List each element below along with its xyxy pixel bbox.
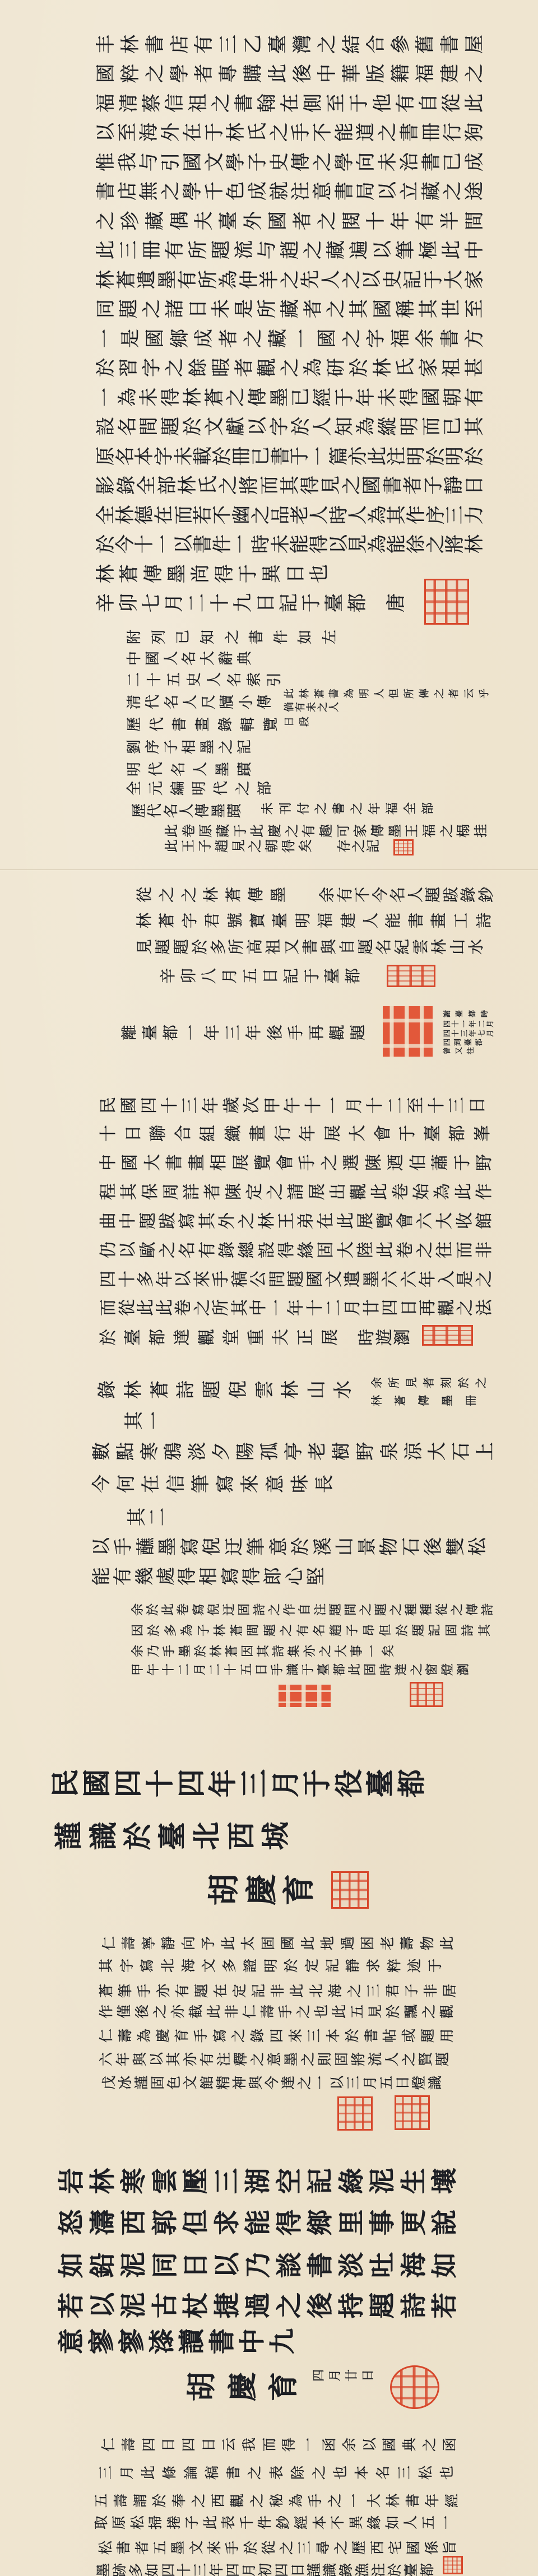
preface-line: 一為未得林蒼之傳墨已經于年未得國朝有 xyxy=(96,388,484,407)
glyph: 德 xyxy=(135,505,154,524)
glyph: 書 xyxy=(406,2494,420,2508)
glyph: 五 xyxy=(350,2005,364,2019)
glyph: 號 xyxy=(228,913,243,928)
glyph: 表 xyxy=(221,2515,235,2529)
glyph: 名 xyxy=(182,651,197,666)
glyph: 識 xyxy=(323,2563,337,2576)
glyph: 者 xyxy=(194,64,214,83)
glyph: 不 xyxy=(331,2515,345,2529)
glyph: 間 xyxy=(345,1603,358,1616)
glyph: 寥 xyxy=(119,2328,145,2354)
glyph: 日 xyxy=(465,476,484,495)
glyph: 入 xyxy=(439,1271,456,1287)
glyph: 是 xyxy=(457,1271,474,1287)
booklist-remark: 此王子趙見之朝得矣 xyxy=(165,839,312,853)
glyph: 都 xyxy=(449,1125,466,1142)
glyph: 月 xyxy=(487,1030,494,1037)
glyph: 於 xyxy=(386,2005,400,2019)
glyph: 日 xyxy=(363,2369,375,2382)
glyph: 漁 xyxy=(355,2563,369,2576)
glyph: 謹 xyxy=(307,2563,321,2576)
glyph: 一 xyxy=(310,447,329,466)
glyph: 典 xyxy=(402,2438,416,2452)
glyph: 年 xyxy=(203,1097,220,1114)
glyph: 中 xyxy=(251,1299,267,1316)
glyph: 卯 xyxy=(119,593,138,612)
glyph: 代 xyxy=(149,762,164,776)
glyph: 定 xyxy=(305,1959,319,1973)
glyph: 如 xyxy=(432,2252,457,2278)
glyph: 其 xyxy=(281,476,300,495)
glyph: 輯 xyxy=(241,717,256,732)
glyph: 甲 xyxy=(265,1097,281,1114)
glyph: 尚 xyxy=(191,564,210,583)
glyph: 亦 xyxy=(156,1984,170,1998)
glyph: 於 xyxy=(350,358,369,377)
glyph: 名 xyxy=(179,1241,196,1258)
colophon-signature: 時遊瀏 xyxy=(359,1329,411,1346)
glyph: 部 xyxy=(258,781,272,796)
glyph: 三 xyxy=(446,505,465,524)
glyph: 一 xyxy=(326,1097,343,1114)
glyph: 手 xyxy=(137,1984,151,1998)
glyph: 辛 xyxy=(96,593,115,612)
glyph: 往 xyxy=(437,1241,453,1258)
glyph: 傳 xyxy=(291,152,310,171)
glyph: 月 xyxy=(120,2466,134,2480)
glyph: 太 xyxy=(241,1936,255,1950)
glyph: 其 xyxy=(350,299,369,318)
glyph: 習 xyxy=(119,358,138,377)
glyph: 子 xyxy=(198,839,212,853)
glyph: 能 xyxy=(92,1567,110,1585)
colophon-line: 林蒼字君號寶臺明福建人能書畫工詩 xyxy=(137,913,492,928)
glyph: 會 xyxy=(375,1125,392,1142)
glyph: 奉 xyxy=(172,2494,186,2508)
glyph: 蒼 xyxy=(117,270,136,289)
glyph: 而 xyxy=(260,476,279,495)
glyph: 以 xyxy=(174,534,193,554)
glyph: 名 xyxy=(376,2466,390,2480)
glyph: 杖 xyxy=(183,2293,208,2318)
glyph: 一 xyxy=(155,534,174,554)
preface-line: 於今十一以書件一時未能得以見為能徐之將林 xyxy=(96,534,484,554)
glyph: 知 xyxy=(335,417,354,436)
glyph: 合 xyxy=(367,35,386,54)
glyph: 於 xyxy=(284,1959,298,1973)
glyph: 今 xyxy=(116,534,135,554)
glyph: 藏 xyxy=(281,299,300,318)
colophon-line: 作僅後之亦截此非仁壽手之也此五見於飄之觀 xyxy=(99,2005,454,2019)
glyph: 詳 xyxy=(184,1183,201,1200)
glyph: 卷 xyxy=(178,1603,190,1616)
glyph: 藏 xyxy=(327,240,346,259)
colophon-side-note: 四到臺都 xyxy=(444,1039,483,1046)
glyph: 後 xyxy=(267,1025,283,1040)
glyph: 三 xyxy=(367,1984,381,1998)
glyph: 刊 xyxy=(280,802,293,815)
glyph: 之 xyxy=(153,2005,167,2019)
glyph: 子 xyxy=(198,1624,211,1636)
glyph: 倪 xyxy=(202,1537,221,1556)
glyph: 寫 xyxy=(180,1537,199,1556)
glyph: 之 xyxy=(159,887,175,903)
glyph: 題 xyxy=(202,1380,221,1399)
glyph: 子 xyxy=(185,2515,199,2529)
glyph: 曲 xyxy=(100,1212,117,1229)
glyph: 初 xyxy=(258,2563,272,2576)
glyph: 者 xyxy=(219,329,238,348)
glyph: 之 xyxy=(322,1154,338,1171)
glyph: 人 xyxy=(183,695,198,709)
glyph: 書 xyxy=(330,689,340,699)
glyph: 堅 xyxy=(307,1567,325,1585)
glyph: 明 xyxy=(400,417,419,436)
glyph: 十 xyxy=(119,1271,136,1287)
glyph: 為 xyxy=(368,534,387,554)
glyph: 作 xyxy=(407,505,426,524)
glyph: 以 xyxy=(330,534,349,554)
glyph: 得 xyxy=(242,1567,261,1585)
glyph: 之 xyxy=(236,781,251,796)
glyph: 字 xyxy=(142,358,161,377)
glyph: 蒼 xyxy=(205,388,224,407)
glyph: 傳 xyxy=(258,695,272,709)
glyph: 冊 xyxy=(142,240,161,259)
glyph: 重 xyxy=(248,1329,265,1346)
glyph: 迹 xyxy=(407,1959,421,1973)
colophon-line: 程其保周詳者陳定之請展出觀此卷始為此作 xyxy=(100,1183,493,1200)
glyph: 蒼 xyxy=(226,1645,239,1657)
glyph: 三 xyxy=(219,35,238,54)
glyph: 泉 xyxy=(380,1442,398,1461)
glyph: 時 xyxy=(330,505,349,524)
glyph: 治 xyxy=(400,152,419,171)
glyph: 壽 xyxy=(400,1936,414,1950)
glyph: 是 xyxy=(235,299,254,318)
glyph: 墨 xyxy=(271,887,286,903)
glyph: 人 xyxy=(207,672,222,687)
glyph: 人 xyxy=(403,2515,418,2529)
glyph: 墨 xyxy=(201,740,215,754)
glyph: 注 xyxy=(372,2563,386,2576)
glyph: 書 xyxy=(193,534,212,554)
glyph: 之 xyxy=(327,299,346,318)
glyph: 泥 xyxy=(120,2293,146,2318)
poem-line: 能有幾處得相寫得郎心堅 xyxy=(92,1567,325,1585)
glyph: 以 xyxy=(90,2293,115,2318)
glyph: 寶 xyxy=(250,913,266,928)
glyph: 此 xyxy=(141,2466,155,2480)
glyph: 於 xyxy=(291,1537,309,1556)
glyph: 說 xyxy=(432,2210,457,2235)
glyph: 之 xyxy=(212,94,231,113)
glyph: 之 xyxy=(239,1212,256,1229)
glyph: 之 xyxy=(231,2029,245,2043)
glyph: 之 xyxy=(440,824,453,838)
glyph: 臺 xyxy=(159,1822,187,1850)
glyph: 之 xyxy=(301,2052,315,2066)
glyph: 局 xyxy=(356,182,375,201)
glyph: 五 xyxy=(241,1663,253,1676)
glyph: 之 xyxy=(285,824,299,838)
glyph: 于 xyxy=(290,447,309,466)
glyph: 山 xyxy=(450,939,466,955)
glyph: 年 xyxy=(420,1271,437,1287)
glyph: 牘 xyxy=(220,695,235,709)
glyph: 六 xyxy=(417,1212,434,1229)
glyph: 而 xyxy=(100,1299,117,1316)
glyph: 小 xyxy=(239,695,254,709)
glyph: 二 xyxy=(388,1097,405,1114)
glyph: 倪 xyxy=(208,1603,221,1616)
glyph: 趙 xyxy=(281,240,300,259)
glyph: 墨 xyxy=(442,1395,453,1406)
glyph: 泥 xyxy=(120,2252,146,2278)
glyph: 戊 xyxy=(102,2076,116,2090)
glyph: 傳 xyxy=(371,824,384,838)
glyph: 四 xyxy=(178,1769,206,1797)
glyph: 題 xyxy=(161,417,180,436)
glyph: 寧 xyxy=(142,1936,156,1950)
glyph: 于 xyxy=(454,1154,471,1171)
glyph: 此 xyxy=(207,2005,221,2019)
glyph: 廿 xyxy=(346,2369,359,2382)
glyph: 流 xyxy=(368,2052,382,2066)
glyph: 國 xyxy=(83,1769,111,1797)
glyph: 予 xyxy=(201,1936,215,1950)
glyph: 錄 xyxy=(219,717,233,732)
glyph: 同 xyxy=(96,299,115,318)
colophon-line: 十日聯合組織畫行年展大會于臺都峯 xyxy=(100,1125,491,1142)
glyph: 識 xyxy=(90,1822,118,1850)
glyph: 題 xyxy=(194,1984,208,1998)
glyph: 典 xyxy=(238,651,252,666)
glyph: 林 xyxy=(96,564,115,583)
glyph: 大 xyxy=(145,1154,161,1171)
glyph: 年 xyxy=(369,802,382,815)
glyph: 四 xyxy=(161,2563,175,2576)
colophon-side-note: 四十一年二月 xyxy=(444,1020,494,1027)
glyph: 此 xyxy=(251,824,264,838)
glyph: 都 xyxy=(469,1010,476,1017)
glyph: 工 xyxy=(453,913,469,928)
glyph: 此 xyxy=(377,1241,394,1258)
glyph: 未 xyxy=(140,388,159,407)
glyph: 傳 xyxy=(248,887,264,903)
glyph: 尺 xyxy=(202,695,216,709)
glyph: 件 xyxy=(258,2515,272,2529)
poem-note-line: 甲午十二月二十五日手識于臺都此固時達之窗燈瀏 xyxy=(132,1663,470,1676)
glyph: 之 xyxy=(281,270,300,289)
glyph: 年 xyxy=(425,2494,439,2508)
glyph: 所 xyxy=(213,1299,230,1316)
glyph: 係 xyxy=(425,2541,439,2555)
preface-line: 於習字之餘暇者觀之為研於林氏家祖甚 xyxy=(96,358,484,377)
glyph: 也 xyxy=(333,2466,347,2480)
glyph: 固 xyxy=(446,1624,458,1636)
glyph: 僅 xyxy=(117,2005,131,2019)
booklist-item: 明代名人墨蹟 xyxy=(127,762,252,776)
glyph: 如 xyxy=(58,2252,84,2278)
glyph: 於 xyxy=(149,1624,161,1636)
glyph: 此 xyxy=(440,1936,454,1950)
glyph: 月 xyxy=(330,2369,342,2382)
glyph: 之 xyxy=(423,2438,437,2452)
glyph: 二 xyxy=(188,593,207,612)
glyph: 又 xyxy=(456,1047,463,1054)
glyph: 一 xyxy=(440,2515,454,2529)
glyph: 為 xyxy=(137,2029,151,2043)
glyph: 所 xyxy=(405,689,415,699)
glyph: 觀 xyxy=(440,2005,454,2019)
glyph: 但 xyxy=(389,689,400,699)
paper-seam xyxy=(0,869,538,870)
glyph: 記 xyxy=(284,968,299,984)
glyph: 四 xyxy=(444,1039,451,1046)
glyph: 之 xyxy=(312,2466,326,2480)
glyph: 之 xyxy=(378,123,397,142)
glyph: 成 xyxy=(465,152,484,171)
glyph: 之 xyxy=(316,802,328,815)
glyph: 流 xyxy=(235,240,254,259)
glyph: 件 xyxy=(213,534,232,554)
glyph: 于 xyxy=(234,824,247,838)
glyph: 詩 xyxy=(462,1624,475,1636)
glyph: 書 xyxy=(364,2029,378,2043)
glyph: 字 xyxy=(120,1959,134,1973)
glyph: 月 xyxy=(194,1663,207,1676)
glyph: 三 xyxy=(449,1097,466,1114)
glyph: 會 xyxy=(277,1154,294,1171)
glyph: 何 xyxy=(117,1475,135,1493)
glyph: 固 xyxy=(239,1603,251,1616)
glyph: 為 xyxy=(118,388,137,407)
glyph: 代 xyxy=(150,717,165,732)
glyph: 清 xyxy=(127,695,142,709)
glyph: 其 xyxy=(258,1645,270,1657)
glyph: 墨 xyxy=(216,762,230,776)
glyph: 傳 xyxy=(418,1395,429,1406)
colophon-line: 五壽謂於奉之西觀之秘為手之一大林書年經 xyxy=(94,2494,459,2508)
glyph: 辭 xyxy=(219,651,234,666)
glyph: 墨 xyxy=(158,1537,177,1556)
glyph: 於 xyxy=(465,447,484,466)
glyph: 所 xyxy=(189,240,208,259)
glyph: 除 xyxy=(291,2466,305,2480)
glyph: 謝 xyxy=(444,1010,451,1017)
glyph: 書 xyxy=(422,152,441,171)
glyph: 十 xyxy=(452,1020,460,1027)
glyph: 於 xyxy=(124,1822,152,1850)
glyph: 陳 xyxy=(366,1154,383,1171)
glyph: 此 xyxy=(465,94,484,113)
glyph: 原 xyxy=(199,824,212,838)
glyph: 段 xyxy=(300,717,310,727)
glyph: 亦 xyxy=(171,2005,185,2019)
glyph: 明 xyxy=(295,913,311,928)
glyph: 意 xyxy=(313,182,332,201)
glyph: 淡 xyxy=(338,2252,364,2278)
glyph: 色 xyxy=(167,2076,181,2090)
glyph: 四 xyxy=(275,2563,289,2576)
glyph: 也 xyxy=(310,564,329,583)
glyph: 書 xyxy=(271,447,290,466)
glyph: 已 xyxy=(443,152,462,171)
glyph: 所 xyxy=(388,1377,400,1388)
glyph: 得 xyxy=(276,2210,302,2235)
glyph: 字 xyxy=(367,329,386,348)
glyph: 窗 xyxy=(426,1663,439,1676)
glyph: 十 xyxy=(307,1299,324,1316)
glyph: 蔡 xyxy=(142,94,161,113)
glyph: 版 xyxy=(367,64,386,83)
glyph: 但 xyxy=(183,2210,208,2235)
preface-line: 一是國鄉成者之藏一國之字福余書方 xyxy=(96,329,484,348)
glyph: 曾 xyxy=(444,1047,451,1054)
glyph: 陸 xyxy=(358,1241,374,1258)
glyph: 有 xyxy=(113,1567,132,1585)
glyph: 松 xyxy=(131,2515,145,2529)
glyph: 役 xyxy=(335,1769,363,1797)
glyph: 孤 xyxy=(260,1442,279,1461)
glyph: 月 xyxy=(272,1769,300,1797)
glyph: 於 xyxy=(195,1645,207,1657)
glyph: 唐 xyxy=(387,593,406,612)
glyph: 極 xyxy=(419,240,438,259)
glyph: 此 xyxy=(338,1212,355,1229)
preface-date-line: 辛卯七月二十九日記于臺都 xyxy=(96,593,367,612)
glyph: 与 xyxy=(258,240,277,259)
glyph: 過 xyxy=(245,2293,271,2318)
glyph: 來 xyxy=(289,2029,303,2043)
glyph: 與 xyxy=(249,2076,263,2090)
glyph: 仁 xyxy=(99,2029,113,2043)
glyph: 雲 xyxy=(255,1380,273,1399)
glyph: 二 xyxy=(210,1663,222,1676)
glyph: 墨 xyxy=(270,388,289,407)
glyph: 十 xyxy=(147,672,162,687)
glyph: 日 xyxy=(189,299,208,318)
glyph: 諸 xyxy=(165,299,184,318)
glyph: 西 xyxy=(370,2541,384,2555)
glyph: 此 xyxy=(332,2005,346,2019)
seal-stamp xyxy=(393,839,414,855)
glyph: 二 xyxy=(148,1508,166,1526)
glyph: 題 xyxy=(330,1603,342,1616)
glyph: 我 xyxy=(242,2438,256,2452)
glyph: 得 xyxy=(161,388,180,407)
glyph: 本 xyxy=(326,2029,340,2043)
glyph: 向 xyxy=(182,1936,196,1950)
glyph: 墨 xyxy=(212,803,226,818)
glyph: 十 xyxy=(211,593,230,612)
glyph: 後 xyxy=(424,1537,442,1556)
glyph: 有 xyxy=(416,211,435,230)
glyph: 縱 xyxy=(378,417,397,436)
glyph: 來 xyxy=(240,1475,259,1493)
glyph: 篇 xyxy=(330,447,349,466)
glyph: 如 xyxy=(386,2515,400,2529)
glyph: 設 xyxy=(259,1241,276,1258)
glyph: 墨 xyxy=(168,564,187,583)
glyph: 題 xyxy=(212,240,231,259)
seal-stamp xyxy=(443,2556,463,2574)
seal-stamp xyxy=(424,579,469,625)
glyph: 外 xyxy=(219,1212,236,1229)
glyph: 之 xyxy=(226,388,245,407)
inscription-line: 民國四十四年三月于役臺都 xyxy=(52,1769,426,1797)
